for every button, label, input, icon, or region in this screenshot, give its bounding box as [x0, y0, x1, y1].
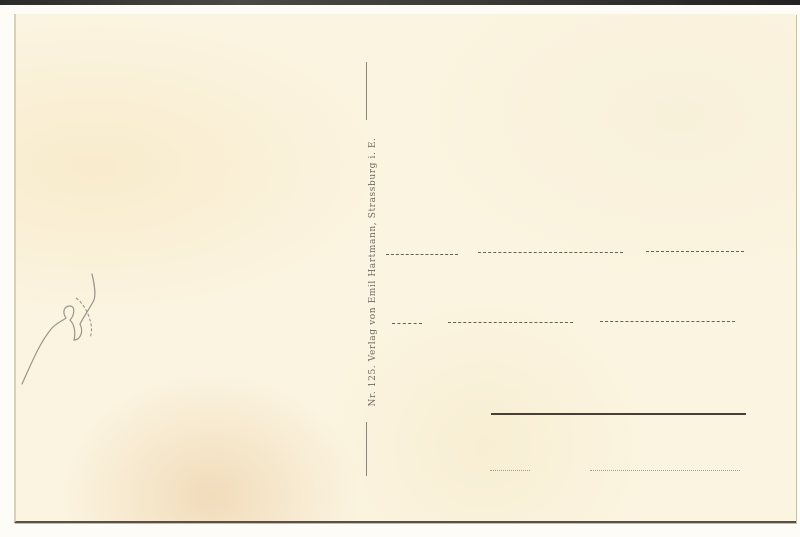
scan-top-edge	[0, 0, 800, 5]
address-line-2b	[448, 322, 573, 323]
address-line-1c	[646, 251, 744, 252]
address-line-2a	[392, 323, 422, 324]
address-line-3	[491, 413, 746, 415]
address-line-4a	[490, 470, 530, 471]
center-divider-top	[366, 62, 367, 120]
center-divider-bottom	[366, 422, 367, 476]
address-line-1b	[478, 252, 623, 253]
postcard-back	[14, 14, 796, 523]
pencil-scribble-icon	[18, 262, 108, 392]
address-line-2c	[600, 321, 735, 322]
publisher-imprint: Nr. 125. Verlag von Emil Hartmann, Stras…	[368, 137, 378, 406]
address-line-1a	[386, 254, 458, 255]
address-line-4b	[590, 470, 740, 471]
